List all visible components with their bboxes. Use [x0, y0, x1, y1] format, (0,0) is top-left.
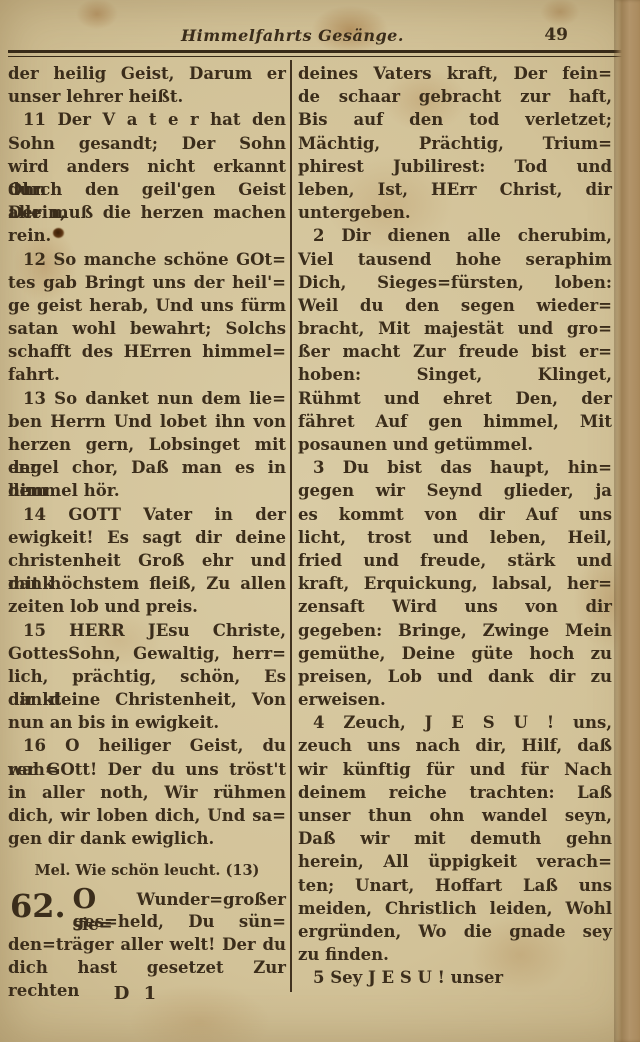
right-column: deines Vaters kraft, Der fein=de schaar … [298, 62, 612, 990]
text-line: ge geist herab, Und uns fürm [8, 294, 286, 317]
text-line: 13 So danket nun dem lie= [8, 387, 286, 410]
text-line: 12 So manche schöne GOt= [8, 248, 286, 271]
text-line: leben, Ist, HErr Christ, dir [298, 178, 612, 201]
text-line: gen dir dank ewiglich. [8, 827, 286, 850]
text-line: kraft, Erquickung, labsal, her= [298, 572, 612, 595]
text-line: preisen, Lob und dank dir zu [298, 665, 612, 688]
hymn-62-start: 62. O Wunder=großer sie= ges=held, Du sü… [8, 886, 286, 979]
text-line: gemüthe, Deine güte hoch zu [298, 642, 612, 665]
text-line: fahrt. [8, 363, 286, 386]
text-line: ergründen, Wo die gnade sey [298, 920, 612, 943]
text-line: Rühmt und ehret Den, der [298, 387, 612, 410]
text-line: in aller noth, Wir rühmen [8, 781, 286, 804]
text-line: deines Vaters kraft, Der fein= [298, 62, 612, 85]
right-column-lines: deines Vaters kraft, Der fein=de schaar … [298, 62, 612, 990]
ink-stain [53, 228, 64, 238]
text-line: posaunen und getümmel. [298, 433, 612, 456]
text-line: gegen wir Seynd glieder, ja [298, 479, 612, 502]
text-line: hoben: Singet, Klinget, [298, 363, 612, 386]
text-line: wir künftig für und für Nach [298, 758, 612, 781]
text-line: bracht, Mit majestät und gro= [298, 317, 612, 340]
left-column-lines: der heilig Geist, Darum erunser lehrer h… [8, 62, 286, 850]
text-line: 2 Dir dienen alle cherubim, [298, 224, 612, 247]
hymn-number: 62. [10, 886, 66, 932]
text-line: Weil du den segen wieder= [298, 294, 612, 317]
text-line: untergeben. [298, 201, 612, 224]
text-line: gegeben: Bringe, Zwinge Mein [298, 619, 612, 642]
text-line: zeuch uns nach dir, Hilf, daß [298, 734, 612, 757]
text-line: 15 HERR JEsu Christe, [8, 619, 286, 642]
text-line: 14 GOTT Vater in der [8, 503, 286, 526]
text-line: engel chor, Daß man es in dem [8, 456, 286, 479]
text-line: ewigkeit! Es sagt dir deine [8, 526, 286, 549]
text-line: Daß wir mit demuth gehn [298, 827, 612, 850]
text-line: 5 Sey J E S U ! unser [298, 966, 612, 989]
text-line: Der muß die herzen machen [8, 201, 286, 224]
text-line: der heilig Geist, Darum er [8, 62, 286, 85]
text-line: christenheit Groß ehr und dank [8, 549, 286, 572]
text-line: Bis auf den tod verletzet; [298, 108, 612, 131]
text-line: Dich, Sieges=fürsten, loben: [298, 271, 612, 294]
text-line: phirest Jubilirest: Tod und [298, 155, 612, 178]
text-line: wird anders nicht erkannt Ohn [8, 155, 286, 178]
text-line: ßer macht Zur freude bist er= [298, 340, 612, 363]
column-divider [290, 60, 292, 992]
text-line: fried und freude, stärk und [298, 549, 612, 572]
page-number: 49 [544, 25, 568, 45]
text-line: zensaft Wird uns von dir [298, 595, 612, 618]
text-line: tes gab Bringt uns der heil'= [8, 271, 286, 294]
text-line: schafft des HErren himmel= [8, 340, 286, 363]
text-line: lich, prächtig, schön, Es dankt [8, 665, 286, 688]
text-line: dich, wir loben dich, Und sa= [8, 804, 286, 827]
text-line: satan wohl bewahrt; Solchs [8, 317, 286, 340]
book-page: Himmelfahrts Gesänge. 49 der heilig Geis… [0, 0, 640, 1042]
text-line: deinem reiche trachten: Laß [298, 781, 612, 804]
text-line: herzen gern, Lobsinget mit der [8, 433, 286, 456]
text-line: meiden, Christlich leiden, Wohl [298, 897, 612, 920]
text-line: rer GOtt! Der du uns tröst't [8, 758, 286, 781]
text-line: Sohn gesandt; Der Sohn [8, 132, 286, 155]
text-line: unser thun ohn wandel seyn, [298, 804, 612, 827]
hymn-line-3: den=träger aller welt! Der du [8, 933, 286, 956]
text-line: herein, All üppigkeit verach= [298, 850, 612, 873]
text-line: es kommt von dir Auf uns [298, 503, 612, 526]
text-line: ten; Unart, Hoffart Laß uns [298, 874, 612, 897]
text-line: zeiten lob und preis. [8, 595, 286, 618]
text-line: ben Herrn Und lobet ihn von [8, 410, 286, 433]
text-line: zu finden. [298, 943, 612, 966]
text-line: de schaar gebracht zur haft, [298, 85, 612, 108]
page-title: Himmelfahrts Gesänge. [0, 26, 585, 45]
text-line: 11 Der V a t e r hat den [8, 108, 286, 131]
text-line: nun an bis in ewigkeit. [8, 711, 286, 734]
page-edge-strip [614, 0, 640, 1042]
text-line: licht, trost und leben, Heil, [298, 526, 612, 549]
text-line: 3 Du bist das haupt, hin= [298, 456, 612, 479]
text-line: 4 Zeuch, J E S U ! uns, [298, 711, 612, 734]
text-line: Viel tausend hohe seraphim [298, 248, 612, 271]
text-line: himmel hör. [8, 479, 286, 502]
text-line: unser lehrer heißt. [8, 85, 286, 108]
hymn-line-4: dich hast gesetzet Zur rechten [8, 956, 286, 979]
text-line: mit höchstem fleiß, Zu allen [8, 572, 286, 595]
text-line: erweisen. [298, 688, 612, 711]
text-line: durch den geil'gen Geist allein, [8, 178, 286, 201]
text-line: rein. [8, 224, 286, 247]
text-line: 16 O heiliger Geist, du wah= [8, 734, 286, 757]
header-rule [8, 50, 622, 57]
left-column: der heilig Geist, Darum erunser lehrer h… [8, 62, 286, 1005]
text-line: Mächtig, Prächtig, Trium= [298, 132, 612, 155]
text-line: fähret Auf gen himmel, Mit [298, 410, 612, 433]
melody-note: Mel. Wie schön leucht. (13) [8, 859, 286, 883]
text-line: dir deine Christenheit, Von [8, 688, 286, 711]
text-line: GottesSohn, Gewaltig, herr= [8, 642, 286, 665]
